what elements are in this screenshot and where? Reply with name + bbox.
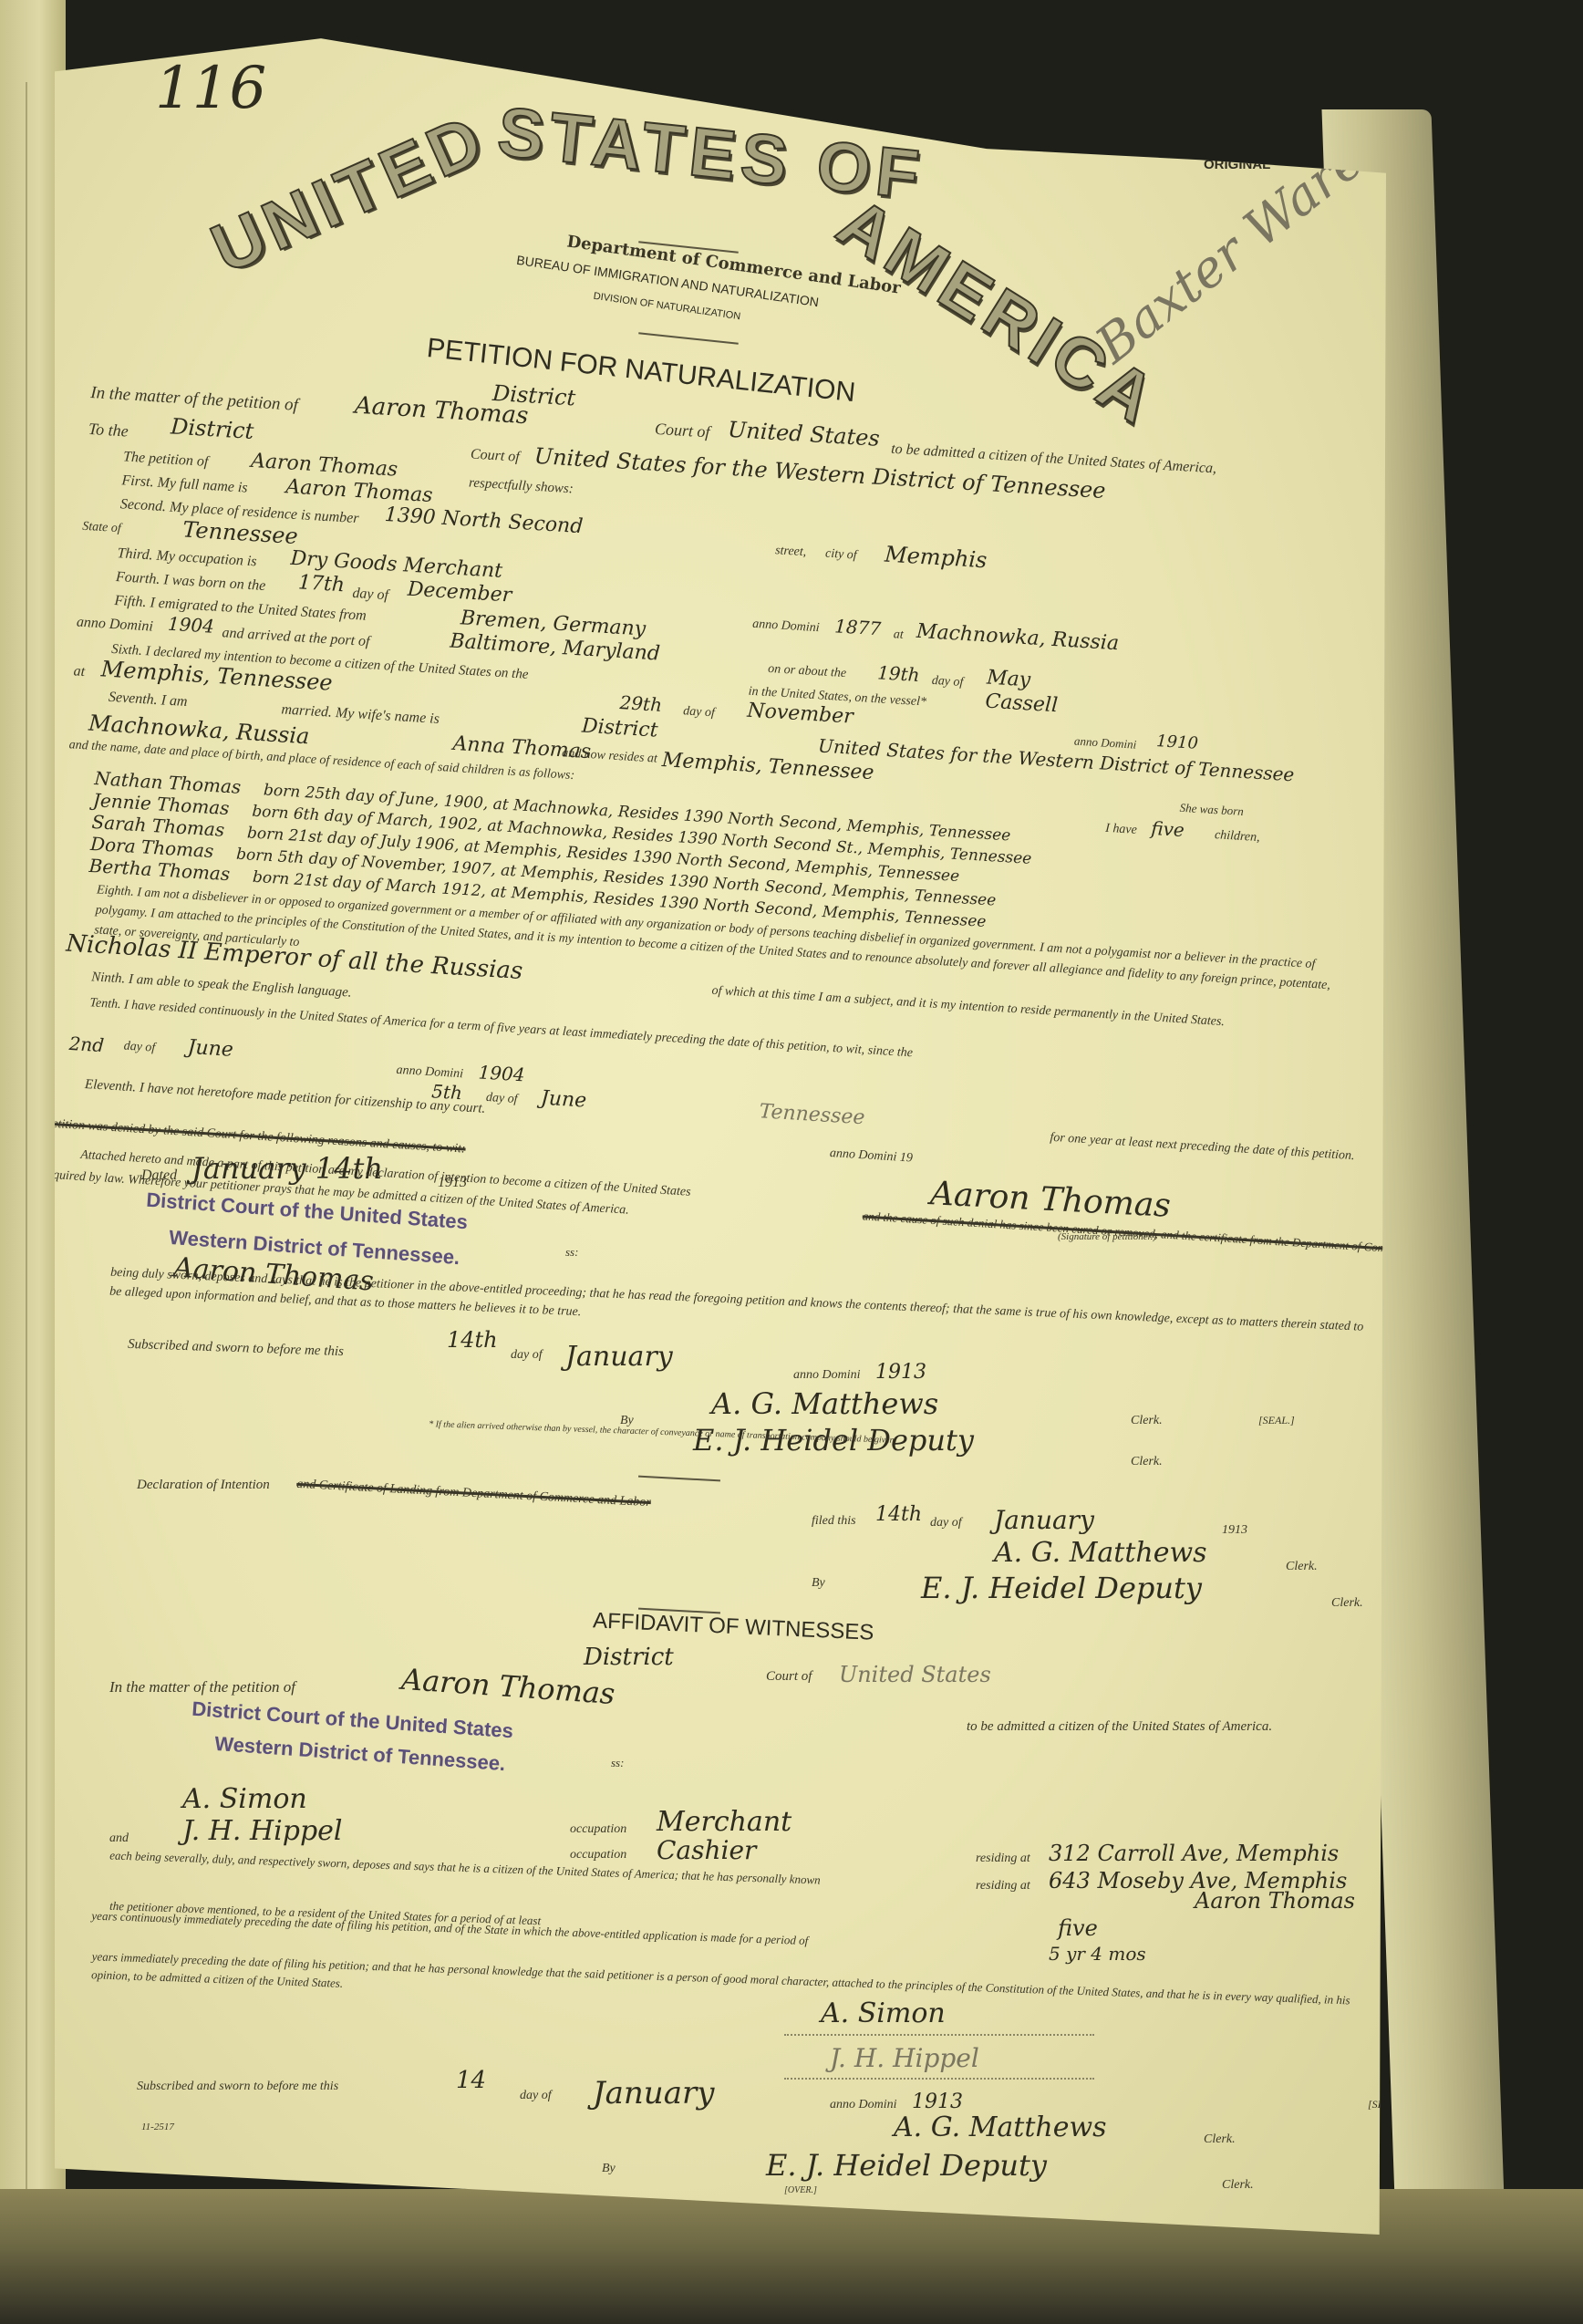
filed-day: 14th <box>875 1503 922 1526</box>
she-born-label: She was born <box>1179 801 1244 819</box>
subscribed-label: Subscribed and sworn to before me this <box>128 1337 344 1360</box>
clerk-label-2: Clerk. <box>1131 1455 1163 1469</box>
divider <box>638 332 739 344</box>
arrival-day-of-label: day of <box>931 674 964 690</box>
filed-deputy-signature: E. J. Heidel Deputy <box>921 1571 1202 1605</box>
signature-line <box>784 2034 1094 2036</box>
clerk-label: Clerk. <box>1131 1414 1163 1428</box>
page-number-handwritten: 116 <box>155 55 266 122</box>
seventh-label: Seventh. I am <box>108 690 188 711</box>
witness-2-occupation-label: occupation <box>570 1848 626 1862</box>
form-number: 11-2517 <box>141 2122 174 2132</box>
form-title: PETITION FOR NATURALIZATION <box>425 333 856 409</box>
born-at-label: at <box>893 628 904 643</box>
affidavit-subscribed-month: January <box>593 2075 714 2111</box>
dated-label: Dated <box>141 1167 177 1184</box>
born-place: Machnowka, Russia <box>916 620 1119 656</box>
declaration-struck: and Certificate of Landing from Departme… <box>296 1478 651 1510</box>
one-year-text: for one year at least next preceding the… <box>1050 1131 1355 1164</box>
affidavit-court-of: Court of <box>766 1669 812 1685</box>
years-state: 5 yr 4 mos <box>1049 1943 1146 1965</box>
fourth-label: Fourth. I was born on the <box>115 569 265 595</box>
document-page: 116 ORIGINAL 73 Baxter Ware UNITED STATE… <box>55 27 1386 2235</box>
filed-month: January <box>994 1505 1094 1535</box>
state-since-day-of-label: day of <box>485 1091 518 1107</box>
over-label: [OVER.] <box>784 2185 817 2195</box>
born-year: 1877 <box>834 615 882 639</box>
anno-domini-blank: anno Domini 19 <box>829 1146 913 1167</box>
tenth-clause: Tenth. I have resided continuously in th… <box>89 993 1329 1089</box>
arrival-day: 19th <box>877 661 921 686</box>
filed-day-of: day of <box>930 1516 962 1530</box>
affidavit-subscribed-label: Subscribed and sworn to before me this <box>137 2080 338 2094</box>
now-resides-label: and now resides at <box>562 746 658 766</box>
declared-court-type: District <box>581 715 658 742</box>
declaration-label: Declaration of Intention <box>137 1478 270 1493</box>
subscribed-year: 1913 <box>875 1361 926 1384</box>
affidavit-court-type: District <box>584 1644 674 1671</box>
affidavit-anno: anno Domini <box>830 2098 897 2112</box>
resided-day-of-label: day of <box>123 1040 156 1056</box>
witness-1-residing-label: residing at <box>976 1852 1030 1866</box>
affidavit-title: AFFIDAVIT OF WITNESSES <box>593 1608 874 1645</box>
title-part-united: UNITED <box>201 99 499 289</box>
on-or-about-label: on or about the <box>768 662 847 681</box>
resided-year: 1904 <box>478 1061 525 1085</box>
witness-1-occupation-label: occupation <box>570 1822 626 1837</box>
arrival-month: May <box>986 667 1031 692</box>
city-value: Memphis <box>884 541 988 573</box>
state-since-month: June <box>540 1087 587 1113</box>
declared-anno-domini: anno Domini <box>1074 734 1137 752</box>
affidavit-clerk-label-2: Clerk. <box>1222 2178 1254 2193</box>
years-us: five <box>1058 1915 1098 1941</box>
children-count: five <box>1151 817 1185 841</box>
respectfully-label: respectfully shows: <box>469 475 574 497</box>
petition-of-label: The petition of <box>123 449 209 471</box>
witness-2-occupation: Cashier <box>657 1835 756 1865</box>
witness-1-occupation: Merchant <box>657 1806 791 1838</box>
witness-1-signature: A. Simon <box>821 1997 946 2029</box>
dated-year: 1913 <box>438 1175 467 1191</box>
affidavit-day-of: day of <box>520 2089 552 2103</box>
witness-2-name: J. H. Hippel <box>182 1815 343 1847</box>
first-label: First. My full name is <box>121 472 248 496</box>
court-of-label: Court of <box>654 420 710 442</box>
eleventh-clause: Eleventh. I have not heretofore made pet… <box>84 1077 485 1117</box>
ss-label: ss: <box>565 1245 578 1260</box>
witness-2-residing-label: residing at <box>976 1879 1030 1893</box>
to-the-label: To the <box>88 420 129 441</box>
affidavit-clerk-label: Clerk. <box>1204 2132 1236 2147</box>
affidavit-ss: ss: <box>611 1756 624 1770</box>
affidavit-matter-label: In the matter of the petition of <box>109 1678 295 1696</box>
dated-value: January 14th <box>191 1151 383 1186</box>
affidavit-subscribed-year: 1913 <box>912 2091 963 2113</box>
filed-clerk-signature: A. G. Matthews <box>994 1537 1207 1569</box>
street-label: street, <box>775 544 807 560</box>
filed-label: filed this <box>812 1514 856 1529</box>
affidavit-clerk-signature: A. G. Matthews <box>894 2111 1107 2143</box>
court-name: United States <box>727 417 880 451</box>
declared-day: 29th <box>619 691 663 716</box>
declared-day-of-label: day of <box>683 704 716 721</box>
residence-value: 1390 North Second <box>384 503 584 538</box>
witness-1-residence: 312 Carroll Ave, Memphis <box>1049 1841 1339 1866</box>
subscribed-day: 14th <box>447 1327 498 1353</box>
vessel-name: Cassell <box>985 690 1059 718</box>
declared-year: 1910 <box>1156 731 1199 753</box>
children-label: children, <box>1215 828 1261 846</box>
petition-of-value: Aaron Thomas <box>250 450 398 482</box>
witness-1-name: A. Simon <box>182 1783 307 1815</box>
subscribed-month: January <box>565 1341 673 1373</box>
filed-clerk-label: Clerk. <box>1286 1560 1318 1574</box>
court-of-label-2: Court of <box>470 447 520 466</box>
signature-line <box>784 2078 1094 2080</box>
resided-day: 2nd <box>68 1032 105 1056</box>
signature-caption: (Signature of petitioner.) <box>1058 1231 1156 1242</box>
day-of-label: day of <box>352 586 389 604</box>
resided-month: June <box>187 1036 234 1062</box>
matter-label: In the matter of the petition of <box>90 383 299 416</box>
arrived-label: and arrived at the port of <box>222 625 370 650</box>
third-label: Third. My occupation is <box>117 545 257 570</box>
known-name: Aaron Thomas <box>1195 1888 1355 1914</box>
witness-2-signature: J. H. Hippel <box>830 2043 979 2073</box>
resided-anno-label: anno Domini <box>396 1063 463 1082</box>
checkmark-icon: ✓ <box>1532 1423 1552 1450</box>
subscribed-anno: anno Domini <box>793 1368 861 1383</box>
anno-domini-label-2: anno Domini <box>76 615 153 636</box>
original-label: ORIGINAL <box>1204 157 1270 172</box>
affidavit-subscribed-day: 14 <box>456 2067 486 2094</box>
emigrated-year: 1904 <box>167 613 214 638</box>
state-resided: Tennessee <box>759 1100 865 1129</box>
born-day: 17th <box>297 571 345 597</box>
seal-label: [SEAL.] <box>1258 1414 1295 1427</box>
divider <box>638 1476 720 1482</box>
declared-court: United States for the Western District o… <box>817 734 1294 785</box>
clerk-signature: A. G. Matthews <box>711 1386 938 1421</box>
affidavit-admitted-text: to be admitted a citizen of the United S… <box>967 1719 1272 1735</box>
affidavit-deputy-signature: E. J. Heidel Deputy <box>766 2148 1047 2183</box>
have-label: I have <box>1105 822 1138 838</box>
filed-year: 1913 <box>1222 1523 1247 1538</box>
declared-at-label: at <box>73 663 86 680</box>
subscribed-day-of: day of <box>511 1348 543 1363</box>
affidavit-court-name: United States <box>839 1662 991 1687</box>
state-label: State of <box>82 520 121 537</box>
affidavit-by-label: By <box>602 2162 616 2176</box>
and-label: and <box>109 1831 129 1846</box>
anno-domini-label: anno Domini <box>752 617 820 636</box>
full-name-value: Aaron Thomas <box>285 475 434 507</box>
page-edge <box>26 82 27 2253</box>
filed-clerk-label-2: Clerk. <box>1331 1596 1363 1611</box>
city-label: city of <box>825 547 858 564</box>
filed-by-label: By <box>812 1576 825 1591</box>
to-the-value: District <box>170 413 254 444</box>
